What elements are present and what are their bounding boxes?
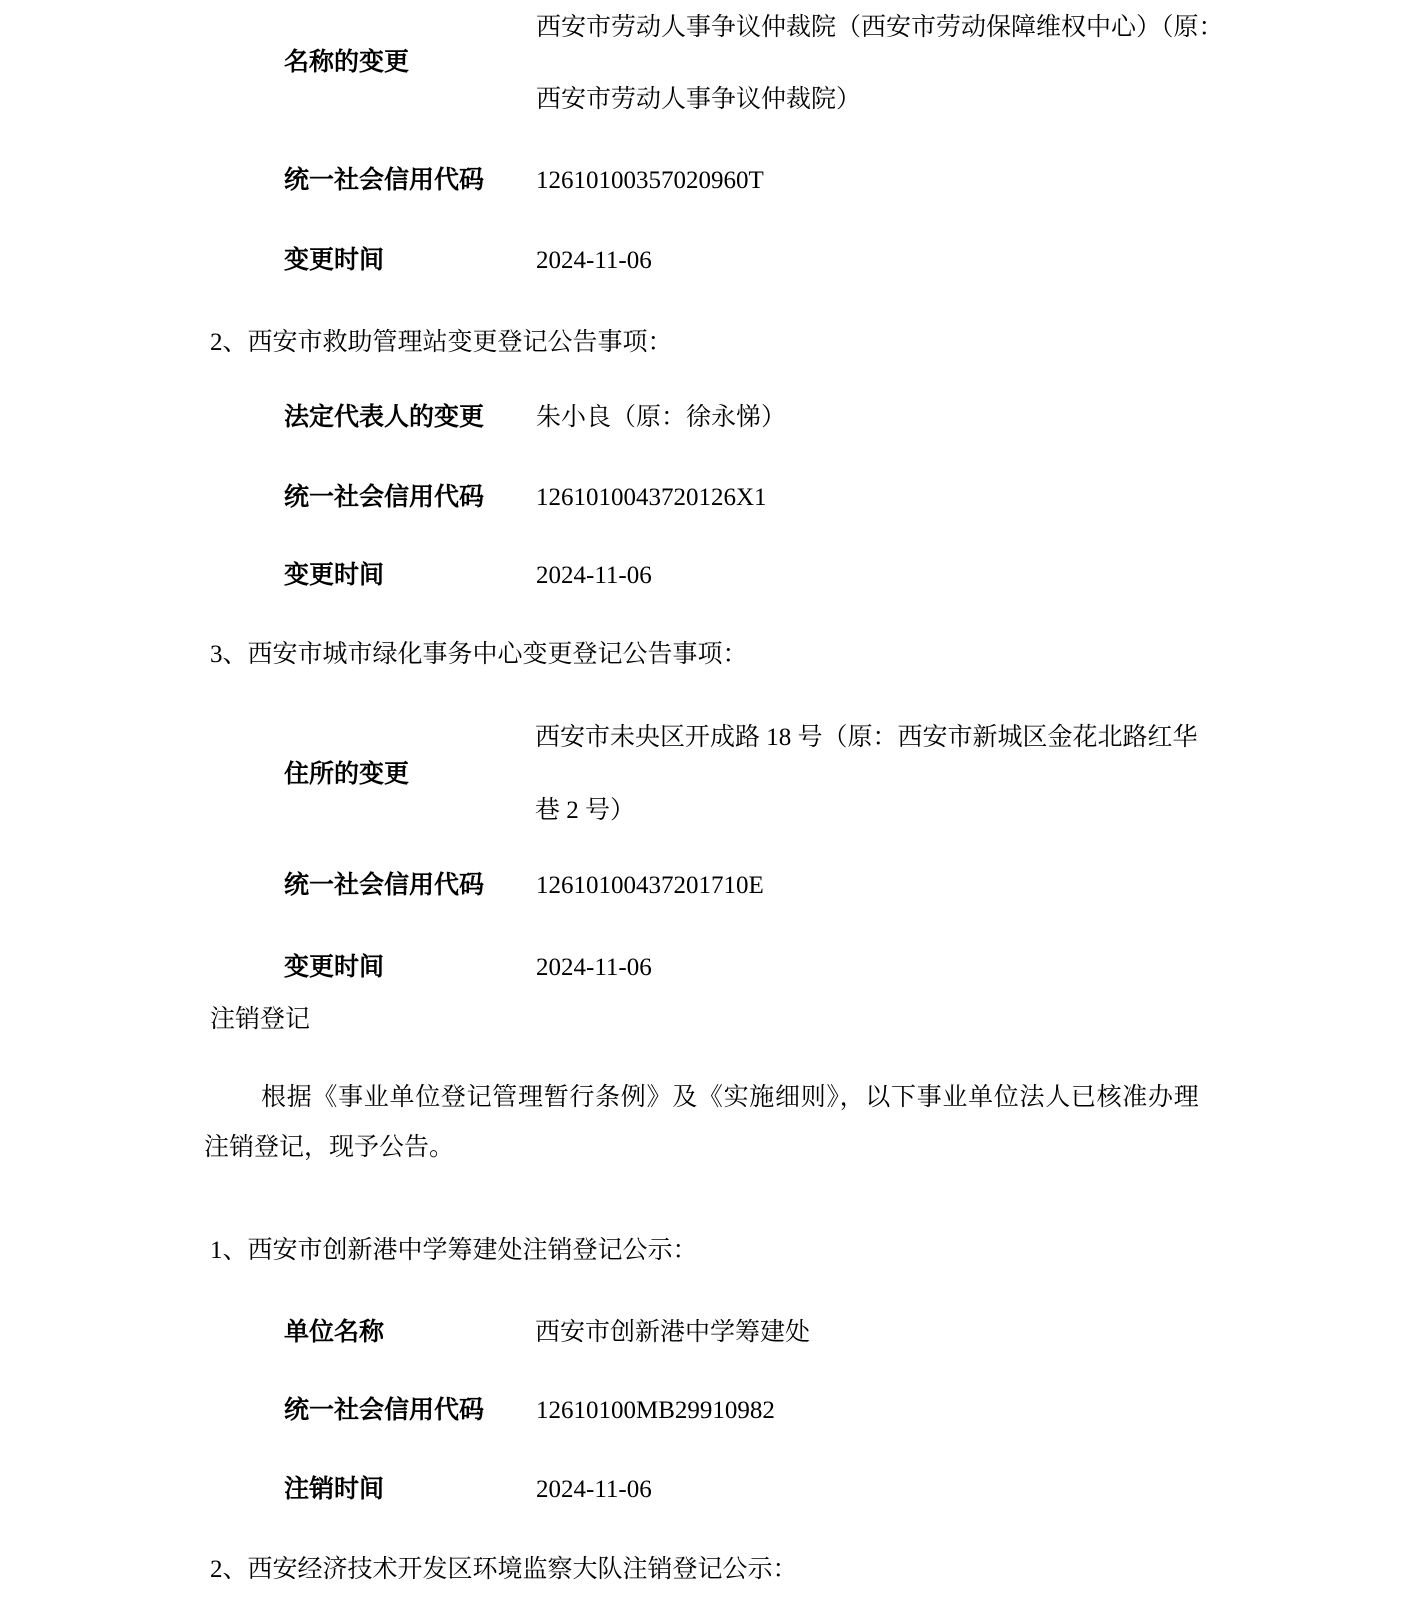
field-value-line: 西安市未央区开成路 18 号（原：西安市新城区金花北路红华 <box>535 722 1198 753</box>
intro-paragraph-line: 注销登记，现予公告。 <box>204 1132 454 1163</box>
field-label: 变更时间 <box>284 245 384 276</box>
intro-paragraph-line: 根据《事业单位登记管理暂行条例》及《实施细则》，以下事业单位法人已核准办理 <box>261 1082 1199 1113</box>
field-value-line: 西安市劳动人事争议仲裁院） <box>536 84 861 115</box>
field-value: 2024-11-06 <box>536 952 652 983</box>
field-label: 名称的变更 <box>284 47 409 78</box>
field-value: 2024-11-06 <box>536 1474 652 1505</box>
item-heading: 2、西安经济技术开发区环境监察大队注销登记公示： <box>210 1554 798 1585</box>
field-label: 统一社会信用代码 <box>284 870 484 901</box>
field-value: 2024-11-06 <box>536 245 652 276</box>
item-heading: 2、西安市救助管理站变更登记公告事项： <box>210 327 673 358</box>
field-value-line: 西安市劳动人事争议仲裁院（西安市劳动保障维权中心）（原： <box>536 12 1224 43</box>
field-label: 变更时间 <box>284 560 384 591</box>
field-label: 法定代表人的变更 <box>284 402 484 433</box>
field-label: 注销时间 <box>284 1474 384 1505</box>
item-heading: 3、西安市城市绿化事务中心变更登记公告事项： <box>210 639 748 670</box>
field-label: 统一社会信用代码 <box>284 482 484 513</box>
field-label: 住所的变更 <box>284 759 409 790</box>
field-value: 12610100MB29910982 <box>536 1395 775 1426</box>
field-label: 统一社会信用代码 <box>284 1395 484 1426</box>
field-value: 12610100437201710E <box>536 870 764 901</box>
field-value-line: 巷 2 号） <box>535 795 635 826</box>
section-heading: 注销登记 <box>210 1004 310 1035</box>
item-heading: 1、西安市创新港中学筹建处注销登记公示： <box>210 1235 698 1266</box>
field-value: 2024-11-06 <box>536 560 652 591</box>
field-value: 12610100357020960T <box>536 165 764 196</box>
document-page: 西安市劳动人事争议仲裁院（西安市劳动保障维权中心）（原： 名称的变更 西安市劳动… <box>0 0 1415 1600</box>
field-label: 变更时间 <box>284 952 384 983</box>
field-label: 单位名称 <box>284 1317 384 1348</box>
field-value: 朱小良（原：徐永悌） <box>536 402 786 433</box>
field-label: 统一社会信用代码 <box>284 165 484 196</box>
field-value: 西安市创新港中学筹建处 <box>535 1317 810 1348</box>
field-value: 1261010043720126X1 <box>536 482 767 513</box>
